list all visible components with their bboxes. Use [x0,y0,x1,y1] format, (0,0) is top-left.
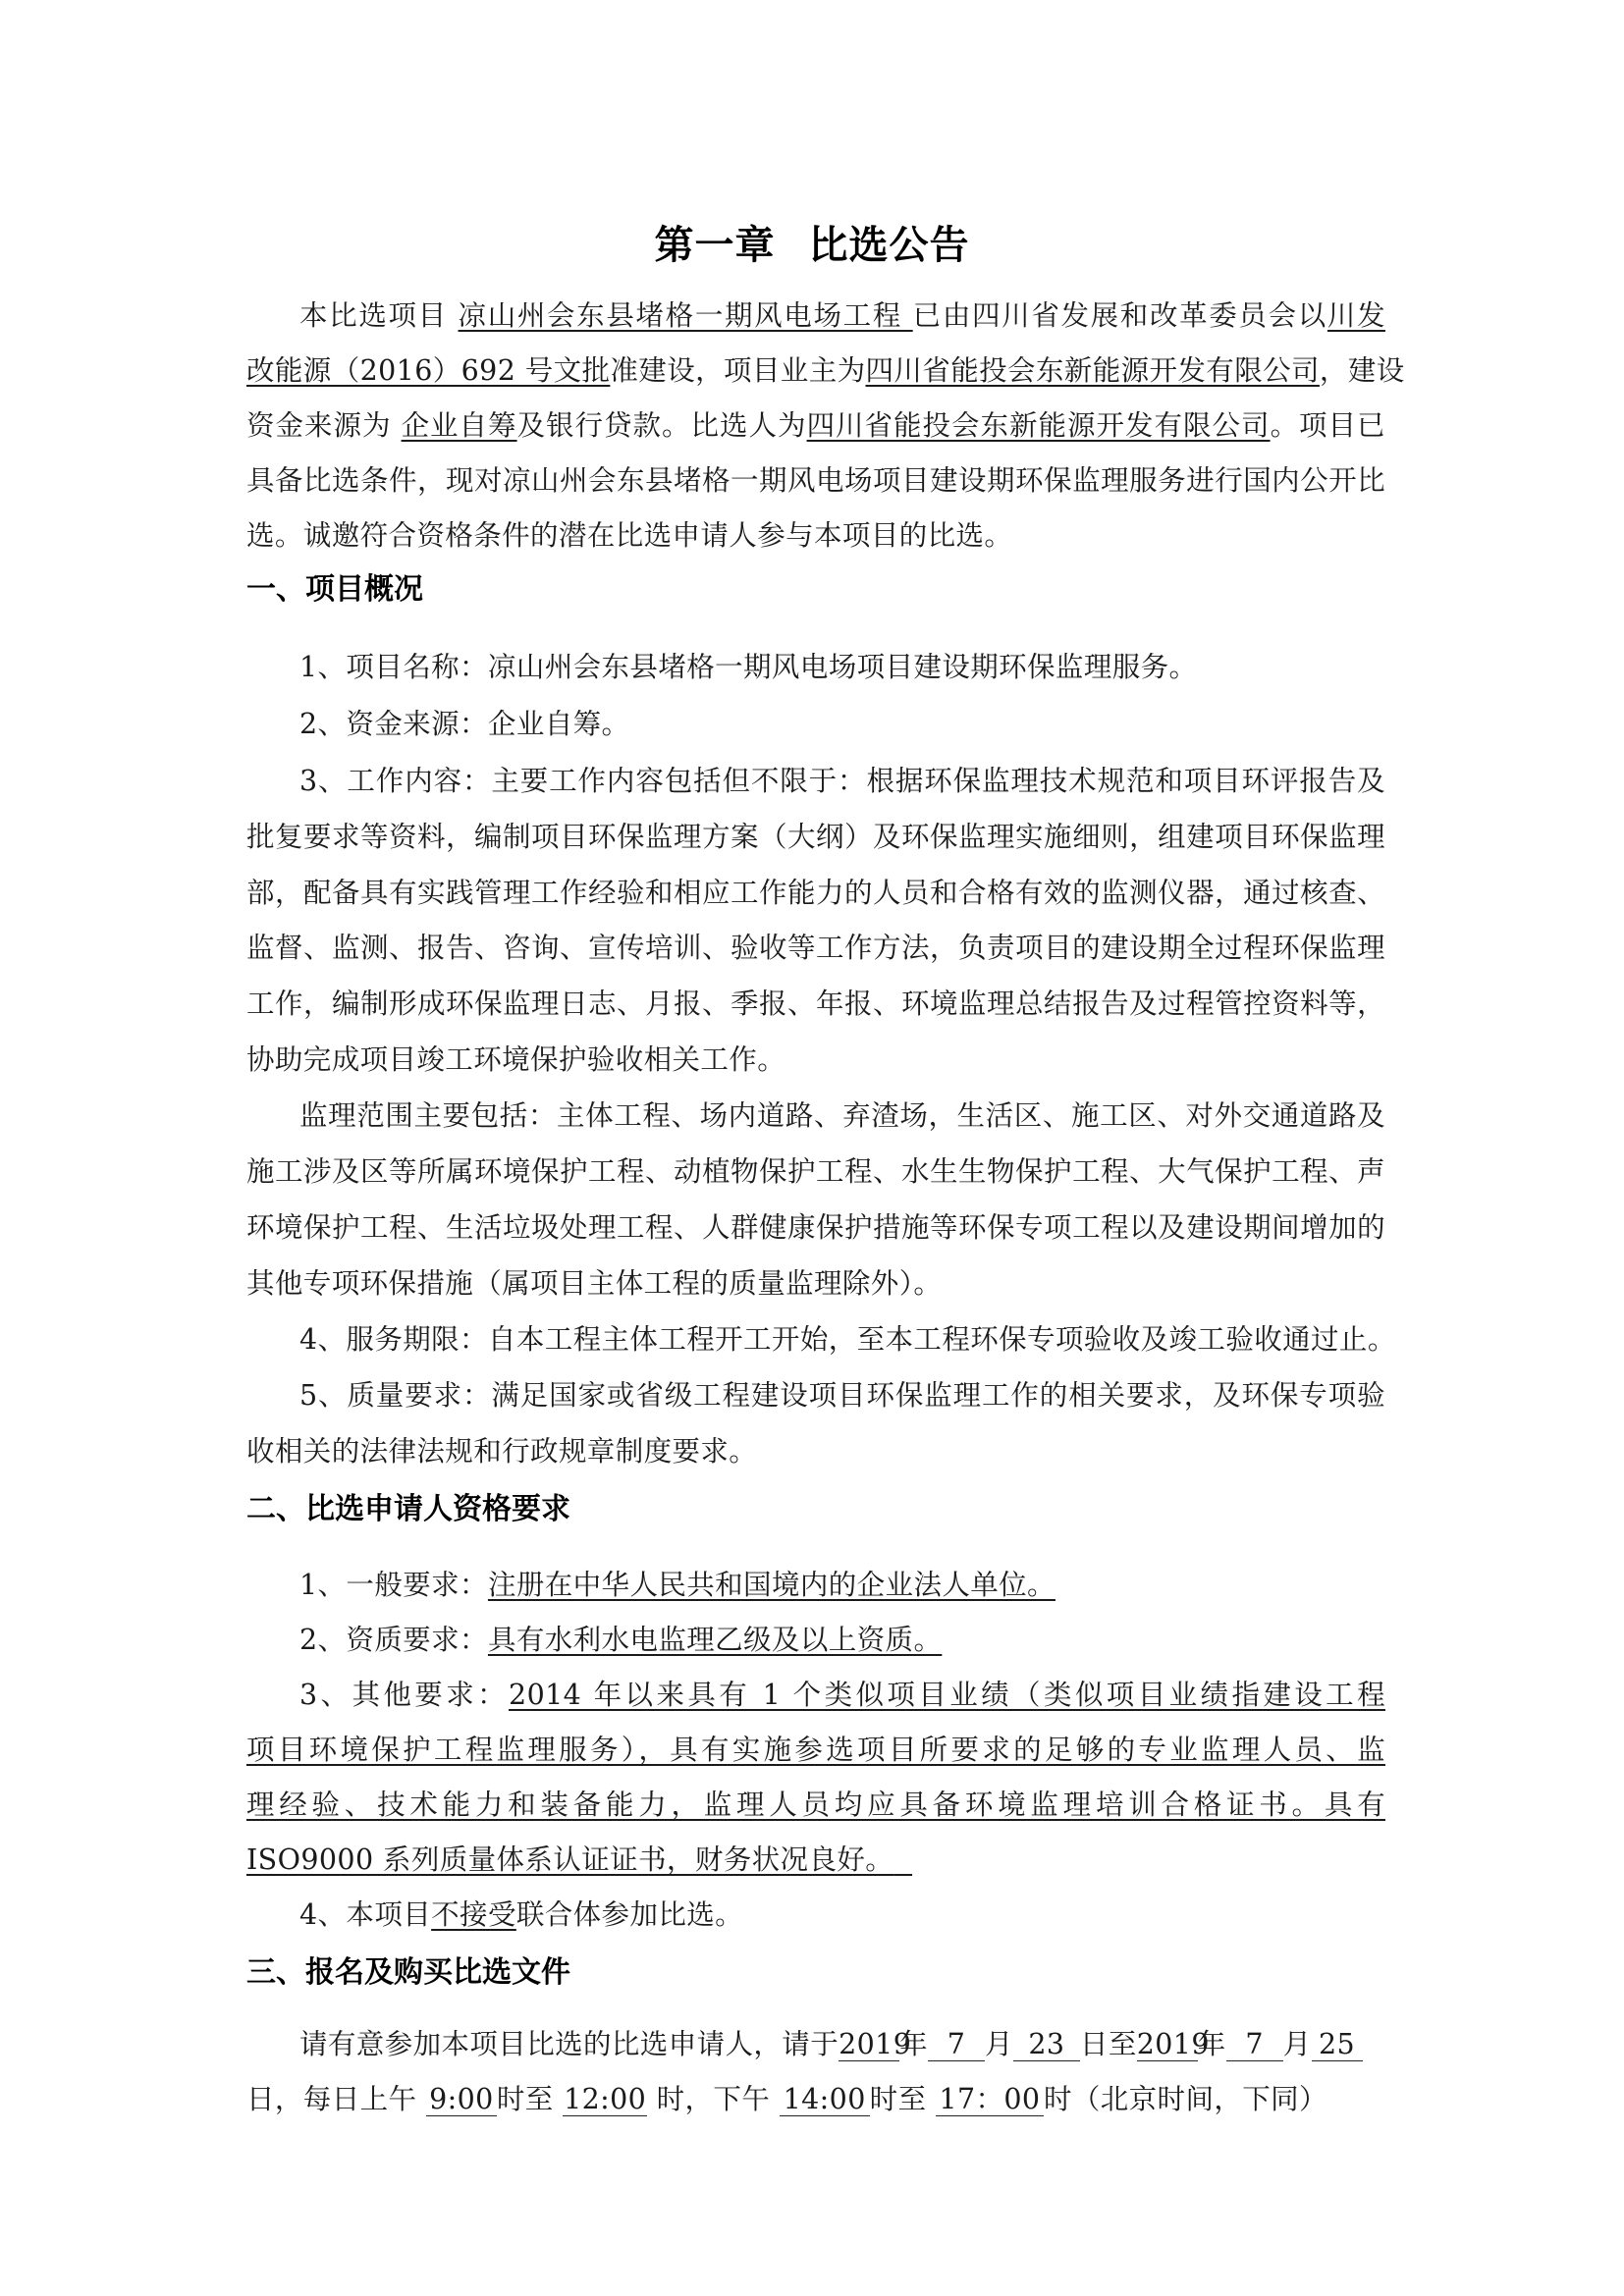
pm-end-time: 17：00 [936,2084,1044,2116]
end-day: 25 [1312,2029,1363,2061]
chapter-name: 比选公告 [809,223,970,268]
chapter-title: 第一章比选公告 [0,214,1624,270]
consortium-item: 4、本项目不接受联合体参加比选。 [299,1896,1385,1935]
section-heading-2: 二、比选申请人资格要求 [246,1490,570,1529]
intro-line-4: 具备比选条件，现对凉山州会东县堵格一期风电场项目建设期环保监理服务进行国内公开比 [246,461,1385,501]
end-month: 7 [1226,2029,1283,2061]
start-year: 2019 [839,2029,899,2061]
qualification-requirement: 2、资质要求：具有水利水电监理乙级及以上资质。 [299,1621,1385,1660]
selector-name: 四川省能投会东新能源开发有限公司 [807,409,1271,442]
pm-start-time: 14:00 [780,2084,870,2116]
intro-line-5: 选。诚邀符合资格条件的潜在比选申请人参与本项目的比选。 [246,516,1385,556]
quality-line-2: 收相关的法律法规和行政规章制度要求。 [246,1432,1385,1471]
intro-line-1: 本比选项目 凉山州会东县堵格一期风电场工程 已由四川省发展和改革委员会以川发 [299,296,1385,336]
other-requirement-line-2: 项目环境保护工程监理服务），具有实施参选项目所要求的足够的专业监理人员、监 [246,1731,1385,1770]
registration-line-1: 请有意参加本项目比选的比选申请人，请于2019年7月23日至2019年7月25 [299,2025,1385,2064]
am-end-time: 12:00 [563,2084,647,2116]
start-month: 7 [928,2029,985,2061]
scope-line-1: 监理范围主要包括：主体工程、场内道路、弃渣场，生活区、施工区、对外交通道路及 [299,1096,1385,1136]
work-content-line-2: 批复要求等资料，编制项目环保监理方案（大纲）及环保监理实施细则，组建项目环保监理 [246,818,1385,857]
scope-line-2: 施工涉及区等所属环境保护工程、动植物保护工程、水生生物保护工程、大气保护工程、声 [246,1152,1385,1192]
project-name: 凉山州会东县堵格一期风电场工程 [459,299,913,332]
work-content-line-1: 3、工作内容：主要工作内容包括但不限于：根据环保监理技术规范和项目环评报告及 [299,762,1385,801]
work-content-line-3: 部，配备具有实践管理工作经验和相应工作能力的人员和合格有效的监测仪器，通过核查、 [246,874,1385,913]
approval-doc: 改能源（2016）692 号文批 [246,354,610,387]
registration-line-2: 日，每日上午 9:00时至 12:00 时，下午 14:00时至 17：00时（… [246,2080,1385,2119]
funding-item: 2、资金来源：企业自筹。 [299,705,1385,744]
end-year: 2019 [1137,2029,1198,2061]
general-requirement: 1、一般要求：注册在中华人民共和国境内的企业法人单位。 [299,1566,1385,1605]
start-day: 23 [1013,2029,1080,2061]
section-heading-1: 一、项目概况 [246,570,423,610]
other-requirement-line-3: 理经验、技术能力和装备能力，监理人员均应具备环境监理培训合格证书。具有 [246,1786,1385,1825]
other-requirement-line-4: ISO9000 系列质量体系认证证书，财务状况良好。 [246,1841,1385,1880]
intro-line-3: 资金来源为 企业自筹及银行贷款。比选人为四川省能投会东新能源开发有限公司。项目已 [246,406,1385,446]
scope-line-4: 其他专项环保措施（属项目主体工程的质量监理除外）。 [246,1264,1385,1304]
scope-line-3: 环境保护工程、生活垃圾处理工程、人群健康保护措施等环保专项工程以及建设期间增加的 [246,1208,1385,1248]
funding-source: 企业自筹 [402,409,517,442]
quality-line-1: 5、质量要求：满足国家或省级工程建设项目环保监理工作的相关要求，及环保专项验 [299,1376,1385,1415]
chapter-number: 第一章 [655,223,776,268]
document-page: 第一章比选公告 本比选项目 凉山州会东县堵格一期风电场工程 已由四川省发展和改革… [0,0,1624,2296]
work-content-line-6: 协助完成项目竣工环境保护验收相关工作。 [246,1041,1385,1080]
project-name-item: 1、项目名称：凉山州会东县堵格一期风电场项目建设期环保监理服务。 [299,648,1385,687]
am-start-time: 9:00 [426,2084,497,2116]
intro-line-2: 改能源（2016）692 号文批准建设，项目业主为四川省能投会东新能源开发有限公… [246,351,1385,391]
project-owner: 四川省能投会东新能源开发有限公司 [866,354,1320,387]
work-content-line-5: 工作，编制形成环保监理日志、月报、季报、年报、环境监理总结报告及过程管控资料等， [246,985,1385,1024]
section-heading-3: 三、报名及购买比选文件 [246,1953,570,1993]
service-period-item: 4、服务期限：自本工程主体工程开工开始，至本工程环保专项验收及竣工验收通过止。 [299,1320,1385,1360]
work-content-line-4: 监督、监测、报告、咨询、宣传培训、验收等工作方法，负责项目的建设期全过程环保监理 [246,929,1385,968]
other-requirement-line-1: 3、其他要求：2014 年以来具有 1 个类似项目业绩（类似项目业绩指建设工程 [299,1676,1385,1715]
